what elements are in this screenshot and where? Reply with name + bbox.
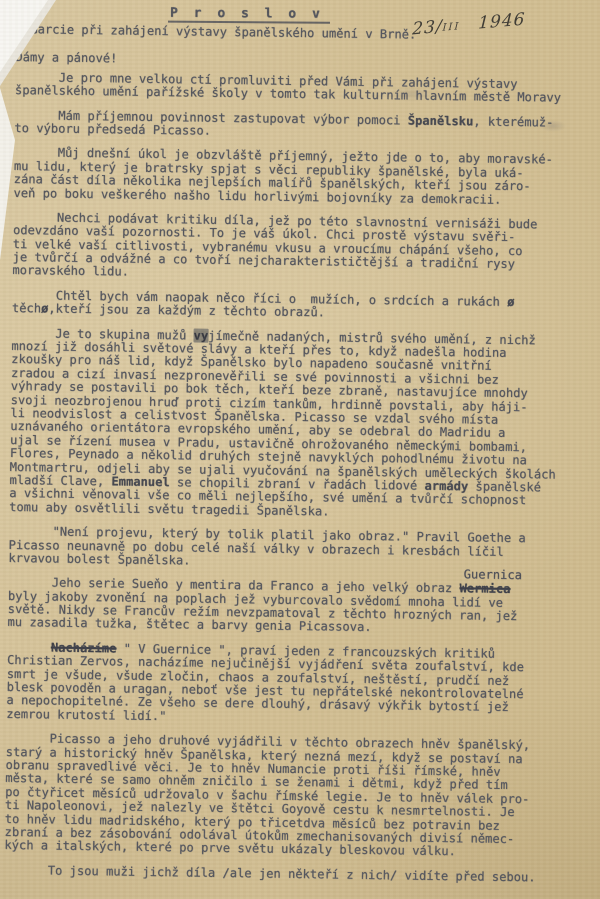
text-segment: těch bbox=[12, 301, 41, 315]
paragraph: Mám příjemnou povinnost zastupovat výbor… bbox=[14, 109, 600, 144]
typewritten-text: P r o s l o v r.Garcie při zahájení výst… bbox=[4, 4, 600, 896]
overtyped-text: ø bbox=[507, 295, 514, 309]
overtyped-text: Nacházíme bbox=[51, 640, 117, 655]
paragraph: Můj dnešní úkol je obzvláště příjemný, j… bbox=[13, 146, 600, 208]
interline-insertion: Guernica bbox=[464, 569, 522, 583]
paragraph: To jsou muži jichž díla /ale jen někteří… bbox=[4, 864, 590, 886]
date-year: 1946 bbox=[478, 9, 526, 33]
paragraph: Jeho serie Sueňo y mentira da Franco a j… bbox=[7, 576, 594, 638]
document-body: Je pro mne velkou ctí promluviti před Vá… bbox=[4, 71, 600, 885]
overtyped-text: vy bbox=[193, 328, 208, 342]
date-month: III bbox=[442, 21, 460, 34]
text-segment: , kterémuž- bbox=[473, 114, 553, 129]
text-line: To jsou muži jichž díla /ale jen někteří… bbox=[4, 864, 590, 886]
date-day: 23/ bbox=[412, 17, 443, 40]
salutation: Dámy a pánové! bbox=[15, 51, 600, 73]
paragraph: Je pro mne velkou ctí promluviti před Vá… bbox=[15, 71, 600, 106]
paragraph: Je to skupina mužů vyjímečně nadaných, m… bbox=[9, 327, 598, 523]
document-page: P r o s l o v r.Garcie při zahájení výst… bbox=[0, 0, 600, 899]
text-segment bbox=[7, 640, 51, 655]
paragraph: Nechci podávat kritiku díla, jež po této… bbox=[12, 211, 599, 286]
text-segment: ,kteří jsou za každým z těchto obrazů. bbox=[48, 302, 325, 320]
paragraph: Chtěl bych vám naopak něco říci o mužích… bbox=[12, 289, 598, 324]
paragraph: Picasso a jeho druhové vyjádřili v těcht… bbox=[4, 732, 592, 861]
overtyped-text: Španělsku bbox=[408, 113, 474, 128]
paragraph: "Není projevu, který by tolik platil jak… bbox=[8, 525, 595, 573]
overtyped-text: WermicaGuernica bbox=[459, 582, 510, 597]
document-title: P r o s l o v bbox=[168, 7, 330, 25]
paragraph: Nacházíme " V Guernice ", praví jeden z … bbox=[6, 641, 593, 730]
